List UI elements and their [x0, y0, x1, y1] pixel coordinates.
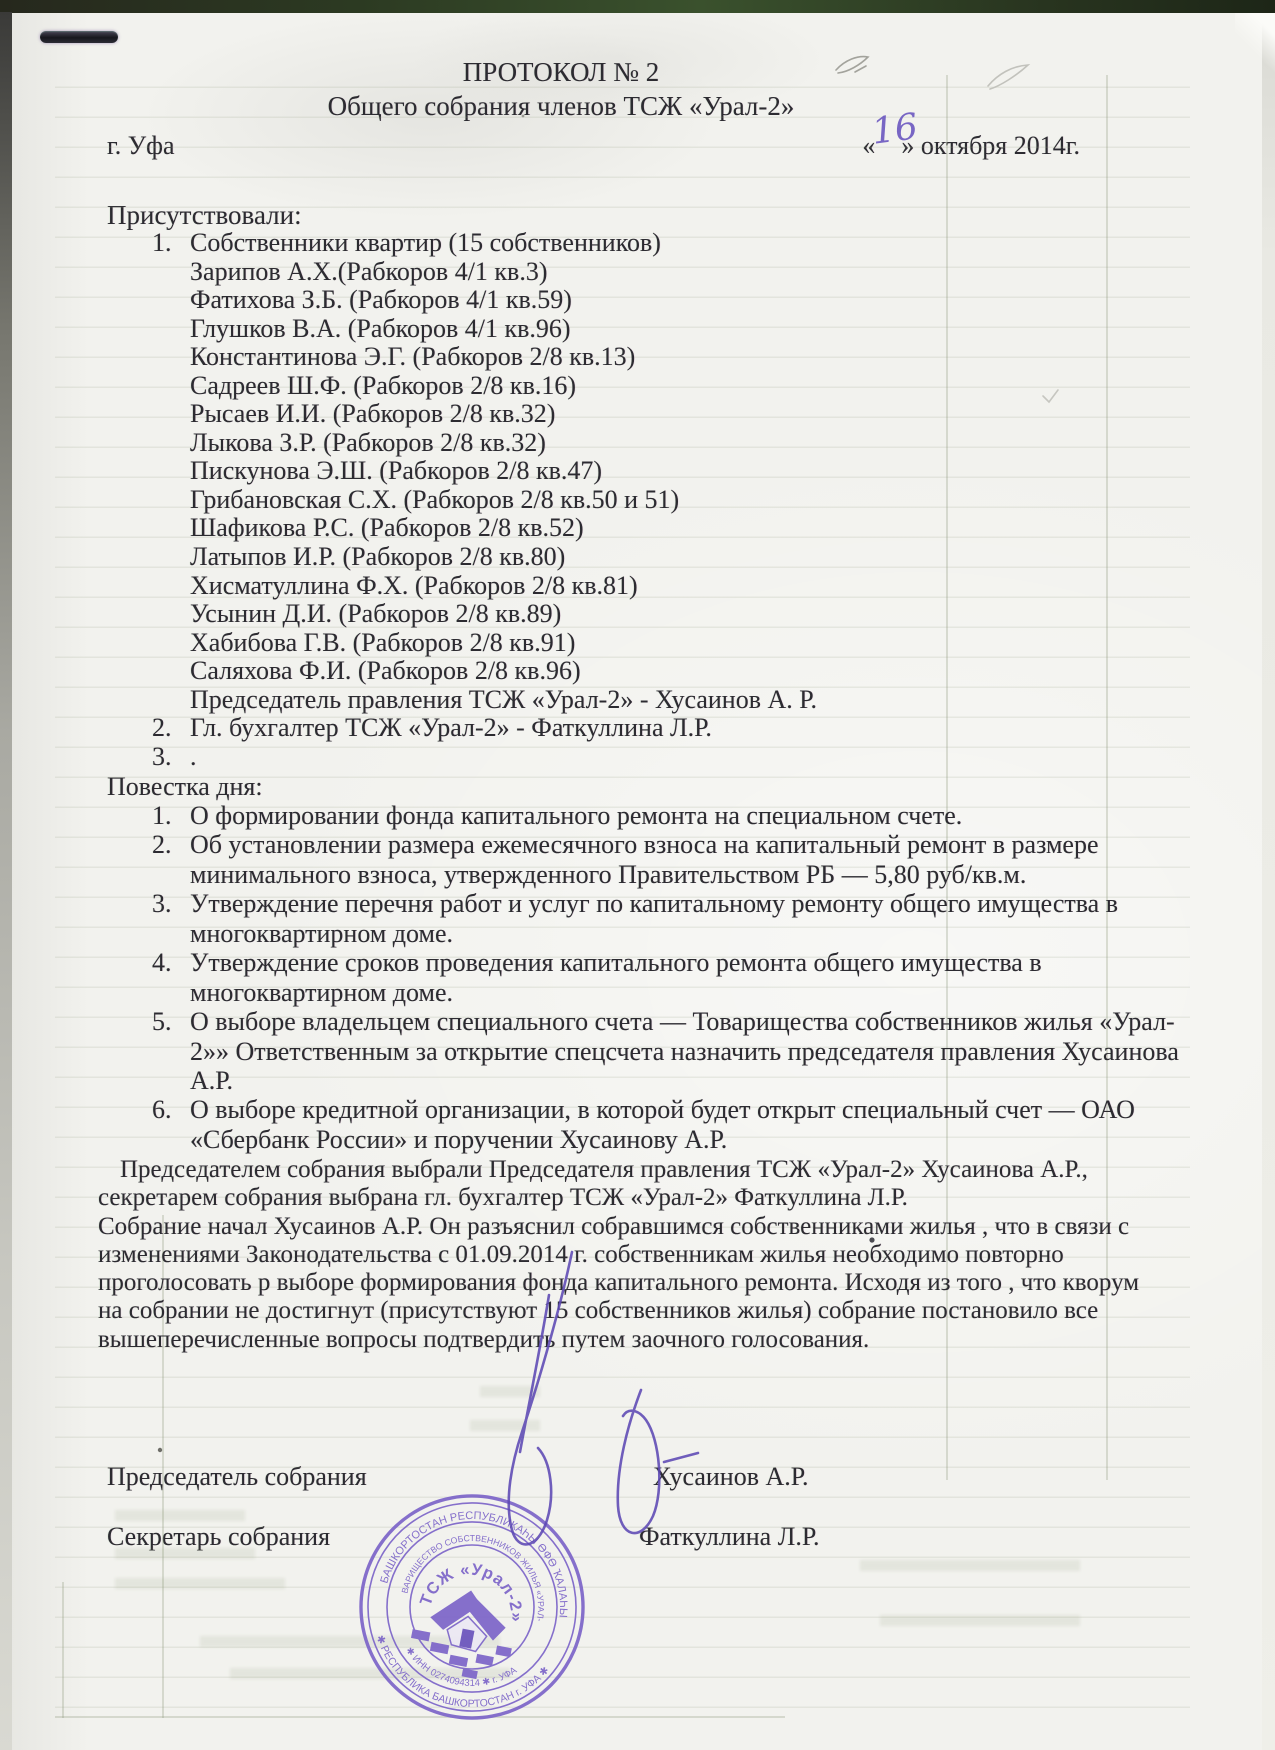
row-text: Грибановская С.Х. (Рабкоров 2/8 кв.50 и … — [190, 486, 1185, 515]
list-row: «Сбербанк России» и поручении Хусаинову … — [0, 1125, 1185, 1154]
paragraph-line: изменениями Законодательства с 01.09.201… — [98, 1241, 1208, 1269]
list-row: Саляхова Ф.И. (Рабкоров 2/8 кв.96) — [0, 657, 1185, 686]
row-text: Лыкова З.Р. (Рабкоров 2/8 кв.32) — [190, 429, 1185, 458]
list-row: Зарипов А.Х.(Рабкоров 4/1 кв.3) — [0, 258, 1185, 287]
list-row: многоквартирном доме. — [0, 978, 1185, 1007]
bleedthrough-text-ghost — [470, 1420, 540, 1431]
closing-paragraph: Председателем собрания выбрали Председат… — [98, 1156, 1208, 1354]
staple-mark — [40, 31, 118, 43]
stamp-outer-text-top: БАШКОРТОСТАН РЕСПУБЛИКАҺЫ ӨФӨ ҠАЛАҺЫ — [378, 1493, 585, 1619]
row-text: . — [190, 743, 1185, 772]
list-row: Садреев Ш.Ф. (Рабкоров 2/8 кв.16) — [0, 372, 1185, 401]
row-number: 2. — [152, 714, 172, 743]
row-text: Шафикова Р.С. (Рабкоров 2/8 кв.52) — [190, 514, 1185, 543]
row-number: 2. — [152, 830, 172, 859]
list-row: Глушков В.А. (Рабкоров 4/1 кв.96) — [0, 315, 1185, 344]
list-row: 6. О выборе кредитной организации, в кот… — [0, 1095, 1185, 1124]
scan-right-edge — [1262, 13, 1275, 1750]
list-row: Латыпов И.Р. (Рабкоров 2/8 кв.80) — [0, 543, 1185, 572]
row-text: Усынин Д.И. (Рабкоров 2/8 кв.89) — [190, 600, 1185, 629]
bleedthrough-vertical-line — [62, 1582, 64, 1718]
list-row: Председатель правления ТСЖ «Урал-2» - Ху… — [0, 686, 1185, 715]
row-text: Глушков В.А. (Рабкоров 4/1 кв.96) — [190, 315, 1185, 344]
list-row: 3. . — [0, 743, 1185, 772]
row-text: минимального взноса, утвержденного Прави… — [190, 860, 1185, 889]
agenda-list: 1. О формировании фонда капитального рем… — [0, 801, 1185, 1154]
list-row: 2. Об установлении размера ежемесячного … — [0, 830, 1185, 859]
list-row: 1. Собственники квартир (15 собственнико… — [0, 229, 1185, 258]
row-text: Рысаев И.И. (Рабкоров 2/8 кв.32) — [190, 400, 1185, 429]
list-row: Усынин Д.И. (Рабкоров 2/8 кв.89) — [0, 600, 1185, 629]
list-row: Шафикова Р.С. (Рабкоров 2/8 кв.52) — [0, 514, 1185, 543]
row-text: Саляхова Ф.И. (Рабкоров 2/8 кв.96) — [190, 657, 1185, 686]
bleedthrough-horizontal-line — [55, 1716, 785, 1718]
paragraph-line: Председателем собрания выбрали Председат… — [98, 1156, 1208, 1184]
row-text: «Сбербанк России» и поручении Хусаинову … — [190, 1125, 1185, 1154]
paragraph-line: секретарем собрания выбрана гл. бухгалте… — [98, 1184, 1208, 1212]
list-row: 1. О формировании фонда капитального рем… — [0, 801, 1185, 830]
list-row: Хабибова Г.В. (Рабкоров 2/8 кв.91) — [0, 629, 1185, 658]
list-row: 4. Утверждение сроков проведения капитал… — [0, 948, 1185, 977]
row-number: 4. — [152, 948, 172, 977]
row-number: 1. — [152, 801, 172, 830]
list-row: 2. Гл. бухгалтер ТСЖ «Урал-2» - Фаткулли… — [0, 714, 1185, 743]
list-row: 2»» Ответственным за открытие спецсчета … — [0, 1037, 1185, 1066]
row-text: Утверждение сроков проведения капитально… — [190, 948, 1185, 977]
page-corner-fold — [1235, 8, 1275, 74]
row-text: Хабибова Г.В. (Рабкоров 2/8 кв.91) — [190, 629, 1185, 658]
row-text: Садреев Ш.Ф. (Рабкоров 2/8 кв.16) — [190, 372, 1185, 401]
list-row: Константинова Э.Г. (Рабкоров 2/8 кв.13) — [0, 343, 1185, 372]
bleedthrough-text-ghost — [115, 1578, 285, 1589]
bleedthrough-text-ghost — [860, 1560, 1080, 1571]
row-text: О выборе кредитной организации, в которо… — [190, 1095, 1185, 1124]
list-row: Фатихова З.Б. (Рабкоров 4/1 кв.59) — [0, 286, 1185, 315]
svg-text:БАШКОРТОСТАН РЕСПУБЛИКАҺЫ ӨФӨ: БАШКОРТОСТАН РЕСПУБЛИКАҺЫ ӨФӨ ҠАЛАҺЫ — [378, 1493, 585, 1619]
scan-top-edge — [0, 0, 1275, 13]
row-text: О формировании фонда капитального ремонт… — [190, 801, 1185, 830]
list-row: Пискунова Э.Ш. (Рабкоров 2/8 кв.47) — [0, 457, 1185, 486]
row-text: Константинова Э.Г. (Рабкоров 2/8 кв.13) — [190, 343, 1185, 372]
handwritten-day: 16 — [870, 109, 920, 150]
list-row: многоквартирном доме. — [0, 919, 1185, 948]
round-stamp: БАШКОРТОСТАН РЕСПУБЛИКАҺЫ ӨФӨ ҠАЛАҺЫ ✱ Р… — [335, 1470, 609, 1744]
row-text: многоквартирном доме. — [190, 978, 1185, 1007]
list-row: Рысаев И.И. (Рабкоров 2/8 кв.32) — [0, 400, 1185, 429]
row-text: О выборе владельцем специального счета —… — [190, 1007, 1185, 1036]
paragraph-line: Собрание начал Хусаинов А.Р. Он разъясни… — [98, 1213, 1208, 1241]
paragraph-line: вышеперечисленные вопросы подтвердить пу… — [98, 1326, 1208, 1354]
row-text: Утверждение перечня работ и услуг по кап… — [190, 889, 1185, 918]
list-row: минимального взноса, утвержденного Прави… — [0, 860, 1185, 889]
row-text: Председатель правления ТСЖ «Урал-2» - Ху… — [190, 686, 1185, 715]
row-text: Зарипов А.Х.(Рабкоров 4/1 кв.3) — [190, 258, 1185, 287]
row-text: А.Р. — [190, 1066, 1185, 1095]
paragraph-line: на собрании не достигнут (присутствуют 1… — [98, 1297, 1208, 1325]
bleedthrough-text-ghost — [880, 1615, 1080, 1626]
row-text: Хисматуллина Ф.Х. (Рабкоров 2/8 кв.81) — [190, 572, 1185, 601]
row-text: Об установлении размера ежемесячного взн… — [190, 830, 1185, 859]
bleedthrough-text-ghost — [115, 1548, 255, 1559]
list-row: А.Р. — [0, 1066, 1185, 1095]
scan-left-edge — [0, 12, 12, 1750]
row-text: 2»» Ответственным за открытие спецсчета … — [190, 1037, 1185, 1066]
attendees-list: 1. Собственники квартир (15 собственнико… — [0, 229, 1185, 771]
row-text: Фатихова З.Б. (Рабкоров 4/1 кв.59) — [190, 286, 1185, 315]
list-row: Грибановская С.Х. (Рабкоров 2/8 кв.50 и … — [0, 486, 1185, 515]
bleedthrough-text-ghost — [115, 1510, 245, 1521]
scanned-protocol-page: ПРОТОКОЛ № 2 Общего собрания членов ТСЖ … — [0, 0, 1275, 1750]
row-number: 3. — [152, 743, 172, 772]
row-text: Латыпов И.Р. (Рабкоров 2/8 кв.80) — [190, 543, 1185, 572]
row-number: 6. — [152, 1095, 172, 1124]
paragraph-line: проголосовать р выборе формирования фонд… — [98, 1269, 1208, 1297]
list-row: Лыкова З.Р. (Рабкоров 2/8 кв.32) — [0, 429, 1185, 458]
row-text: Собственники квартир (15 собственников) — [190, 229, 1185, 258]
row-text: Пискунова Э.Ш. (Рабкоров 2/8 кв.47) — [190, 457, 1185, 486]
row-text: Гл. бухгалтер ТСЖ «Урал-2» - Фаткуллина … — [190, 714, 1185, 743]
row-text: многоквартирном доме. — [190, 919, 1185, 948]
list-row: 5. О выборе владельцем специального счет… — [0, 1007, 1185, 1036]
list-row: Хисматуллина Ф.Х. (Рабкоров 2/8 кв.81) — [0, 572, 1185, 601]
row-number: 3. — [152, 889, 172, 918]
row-number: 1. — [152, 229, 172, 258]
bleedthrough-text-ghost — [480, 1386, 540, 1397]
list-row: 3. Утверждение перечня работ и услуг по … — [0, 889, 1185, 918]
row-number: 5. — [152, 1007, 172, 1036]
